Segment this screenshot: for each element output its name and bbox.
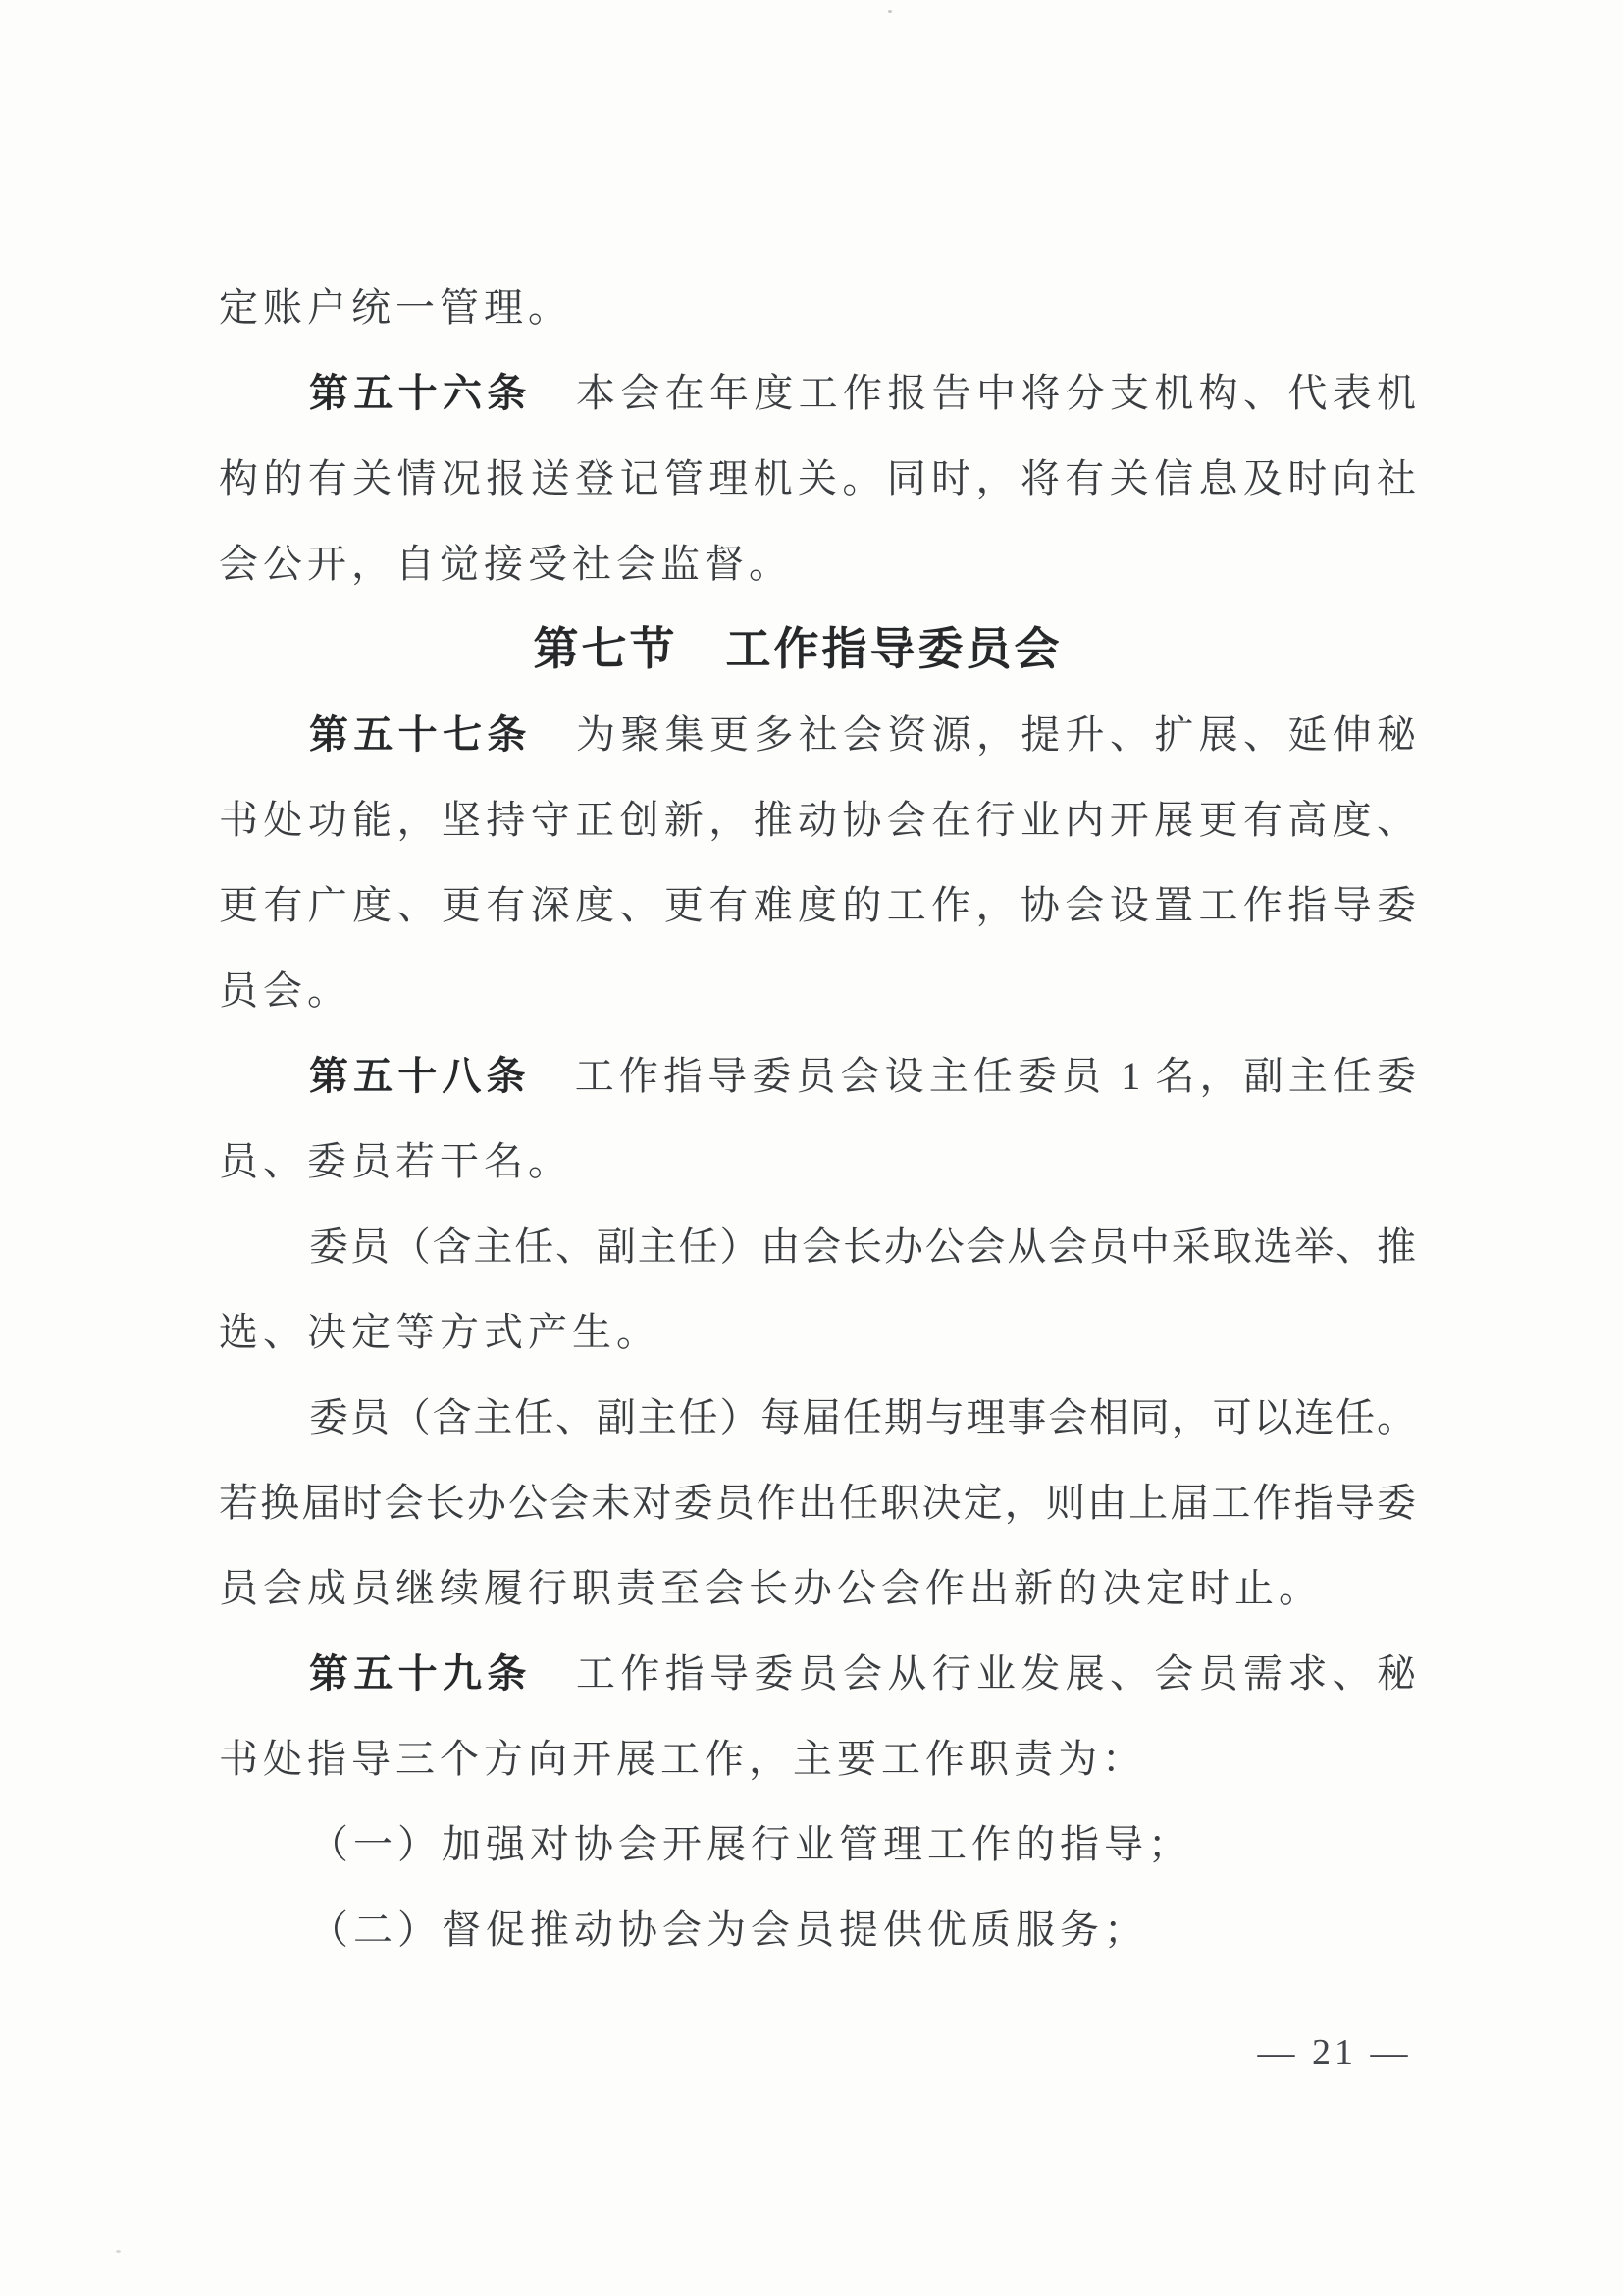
page-number: — 21 — bbox=[1222, 2023, 1447, 2082]
line-text: 定账户统一管理。 bbox=[219, 286, 572, 330]
body-line: 选、决定等方式产生。 bbox=[219, 1289, 1416, 1375]
line-text: 委员（含主任、副主任）每届任期与理事会相同，可以连任。 bbox=[309, 1395, 1416, 1439]
line-text: 员会。 bbox=[219, 968, 351, 1013]
list-item-line: （一）加强对协会开展行业管理工作的指导； bbox=[219, 1801, 1416, 1887]
article-number-bold: 第五十六条 bbox=[309, 371, 532, 415]
body-line: 委员（含主任、副主任）由会长办公会从会员中采取选举、推 bbox=[219, 1204, 1416, 1289]
section-heading: 第七节 工作指导委员会 bbox=[199, 606, 1396, 692]
body-line: 员、委员若干名。 bbox=[219, 1119, 1416, 1204]
article-number-bold: 第五十九条 bbox=[309, 1651, 532, 1696]
list-item-line: （二）督促推动协会为会员提供优质服务； bbox=[219, 1887, 1416, 1972]
line-text: 员、委员若干名。 bbox=[219, 1139, 572, 1183]
line-text: （一）加强对协会开展行业管理工作的指导； bbox=[309, 1822, 1192, 1866]
article-line: 第五十八条 工作指导委员会设主任委员 1 名，副主任委 bbox=[219, 1033, 1416, 1119]
line-text: 若换届时会长办公会未对委员作出任职决定，则由上届工作指导委 bbox=[219, 1481, 1416, 1525]
line-text: 构的有关情况报送登记管理机关。同时，将有关信息及时向社 bbox=[219, 456, 1416, 500]
scan-speck bbox=[116, 2250, 121, 2253]
article-line: 第五十九条 工作指导委员会从行业发展、会员需求、秘 bbox=[219, 1631, 1416, 1716]
body-line: 若换届时会长办公会未对委员作出任职决定，则由上届工作指导委 bbox=[219, 1460, 1416, 1545]
body-line: 会公开，自觉接受社会监督。 bbox=[219, 521, 1416, 606]
line-text: 书处指导三个方向开展工作，主要工作职责为： bbox=[219, 1737, 1146, 1781]
article-line: 第五十六条 本会在年度工作报告中将分支机构、代表机 bbox=[219, 350, 1416, 436]
body-line: 员会成员继续履行职责至会长办公会作出新的决定时止。 bbox=[219, 1545, 1416, 1631]
body-line: 书处指导三个方向开展工作，主要工作职责为： bbox=[219, 1716, 1416, 1801]
line-text: 更有广度、更有深度、更有难度的工作，协会设置工作指导委 bbox=[219, 883, 1416, 927]
section-number: 第七节 bbox=[534, 624, 678, 674]
line-text: 本会在年度工作报告中将分支机构、代表机 bbox=[532, 371, 1416, 415]
body-line: 定账户统一管理。 bbox=[219, 265, 1416, 350]
article-line: 第五十七条 为聚集更多社会资源，提升、扩展、延伸秘 bbox=[219, 692, 1416, 777]
line-text: 为聚集更多社会资源，提升、扩展、延伸秘 bbox=[532, 712, 1416, 757]
line-text: 工作指导委员会设主任委员 1 名，副主任委 bbox=[531, 1054, 1416, 1098]
document-page: 定账户统一管理。 第五十六条 本会在年度工作报告中将分支机构、代表机 构的有关情… bbox=[0, 0, 1623, 2296]
line-text: 员会成员继续履行职责至会长办公会作出新的决定时止。 bbox=[219, 1566, 1323, 1610]
text-column: 定账户统一管理。 第五十六条 本会在年度工作报告中将分支机构、代表机 构的有关情… bbox=[219, 265, 1416, 1972]
scan-speck bbox=[888, 10, 892, 13]
line-text: 工作指导委员会从行业发展、会员需求、秘 bbox=[532, 1651, 1416, 1696]
body-line: 委员（含主任、副主任）每届任期与理事会相同，可以连任。 bbox=[219, 1375, 1416, 1460]
line-text: 会公开，自觉接受社会监督。 bbox=[219, 542, 793, 586]
body-line: 更有广度、更有深度、更有难度的工作，协会设置工作指导委 bbox=[219, 862, 1416, 948]
body-line: 构的有关情况报送登记管理机关。同时，将有关信息及时向社 bbox=[219, 436, 1416, 521]
body-line: 书处功能，坚持守正创新，推动协会在行业内开展更有高度、 bbox=[219, 777, 1416, 862]
article-number-bold: 第五十八条 bbox=[309, 1054, 531, 1098]
scan-speck bbox=[360, 1148, 363, 1151]
body-line: 员会。 bbox=[219, 948, 1416, 1033]
line-text: （二）督促推动协会为会员提供优质服务； bbox=[309, 1907, 1148, 1952]
article-number-bold: 第五十七条 bbox=[309, 712, 532, 757]
line-text: 书处功能，坚持守正创新，推动协会在行业内开展更有高度、 bbox=[219, 798, 1416, 842]
line-text: 选、决定等方式产生。 bbox=[219, 1310, 660, 1354]
line-text: 委员（含主任、副主任）由会长办公会从会员中采取选举、推 bbox=[309, 1225, 1416, 1269]
section-title: 工作指导委员会 bbox=[678, 624, 1063, 674]
